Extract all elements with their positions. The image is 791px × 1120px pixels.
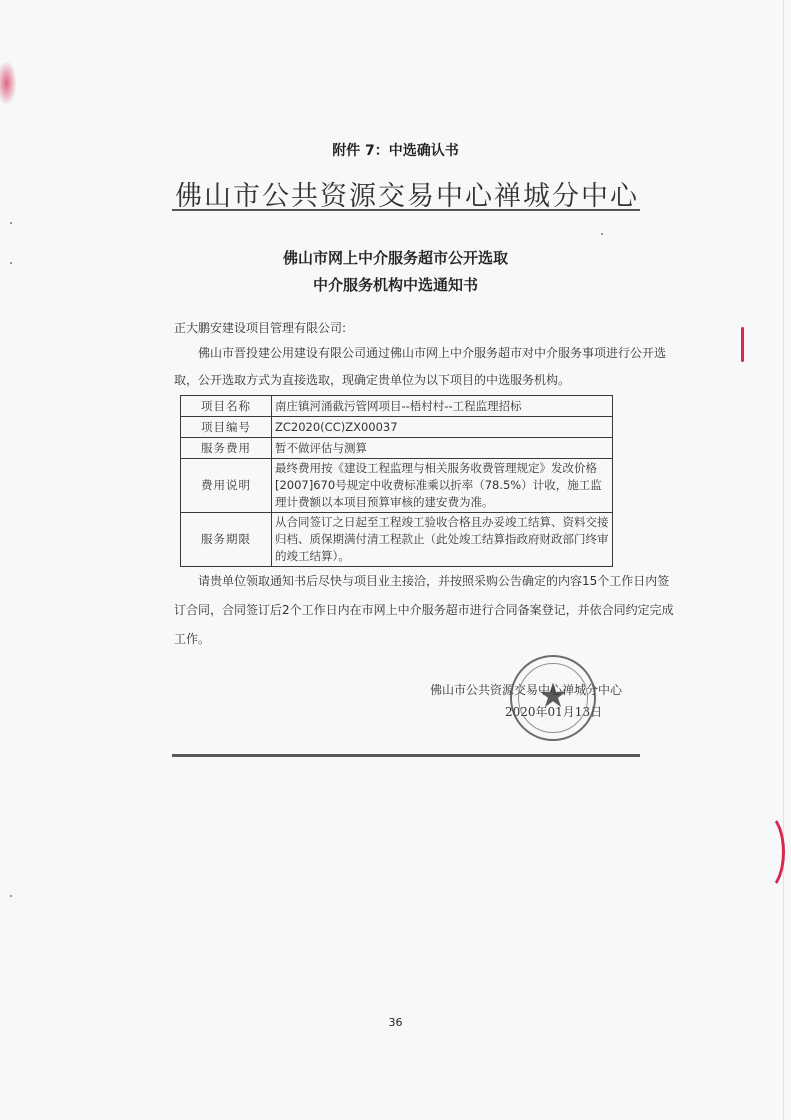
header-rule: [172, 209, 640, 211]
row-value: 南庄镇河涌截污管网项目--梧村村--工程监理招标: [272, 396, 613, 417]
table-row: 服务期限 从合同签订之日起至工程竣工验收合格且办妥竣工结算、资料交接归档、质保期…: [181, 513, 613, 567]
scan-speck: [10, 222, 12, 224]
intro-paragraph: 佛山市晋投建公用建设有限公司通过佛山市网上中介服务超市对中介服务事项进行公开选取…: [174, 340, 674, 394]
scan-speck: [10, 895, 12, 897]
project-info-table: 项目名称 南庄镇河涌截污管网项目--梧村村--工程监理招标 项目编号 ZC202…: [180, 395, 613, 567]
instruction-paragraph: 请贵单位领取通知书后尽快与项目业主接洽，并按照采购公告确定的内容15个工作日内签…: [174, 567, 674, 654]
organization-title: 佛山市公共资源交易中心禅城分中心: [172, 174, 642, 213]
row-value: 从合同签订之日起至工程竣工验收合格且办妥竣工结算、资料交接归档、质保期满付清工程…: [272, 513, 613, 567]
row-label: 费用说明: [181, 459, 272, 513]
row-label: 服务费用: [181, 438, 272, 459]
red-seal-arc: [745, 812, 785, 892]
row-label: 服务期限: [181, 513, 272, 567]
page-number: 36: [0, 1016, 791, 1029]
row-value: 最终费用按《建设工程监理与相关服务收费管理规定》发改价格[2007]670号规定…: [272, 459, 613, 513]
row-label: 项目编号: [181, 417, 272, 438]
official-seal: ★: [510, 655, 596, 741]
notice-title-line2: 中介服务机构中选通知书: [0, 274, 791, 295]
table-row: 项目名称 南庄镇河涌截污管网项目--梧村村--工程监理招标: [181, 396, 613, 417]
row-value: 暂不做评估与测算: [272, 438, 613, 459]
table-row: 项目编号 ZC2020(CC)ZX00037: [181, 417, 613, 438]
addressee: 正大鹏安建设项目管理有限公司:: [174, 315, 346, 342]
scan-edge-line: [783, 0, 784, 1120]
red-ink-stain: [0, 62, 16, 104]
table-row: 服务费用 暂不做评估与测算: [181, 438, 613, 459]
notice-title-line1: 佛山市网上中介服务超市公开选取: [0, 247, 791, 268]
row-label: 项目名称: [181, 396, 272, 417]
attachment-label: 附件 7：中选确认书: [0, 140, 791, 160]
scan-speck: [601, 233, 603, 235]
red-pen-mark: [741, 327, 744, 362]
row-value: ZC2020(CC)ZX00037: [272, 417, 613, 438]
star-icon: ★: [512, 679, 594, 713]
table-row: 费用说明 最终费用按《建设工程监理与相关服务收费管理规定》发改价格[2007]6…: [181, 459, 613, 513]
footer-rule: [172, 754, 640, 757]
